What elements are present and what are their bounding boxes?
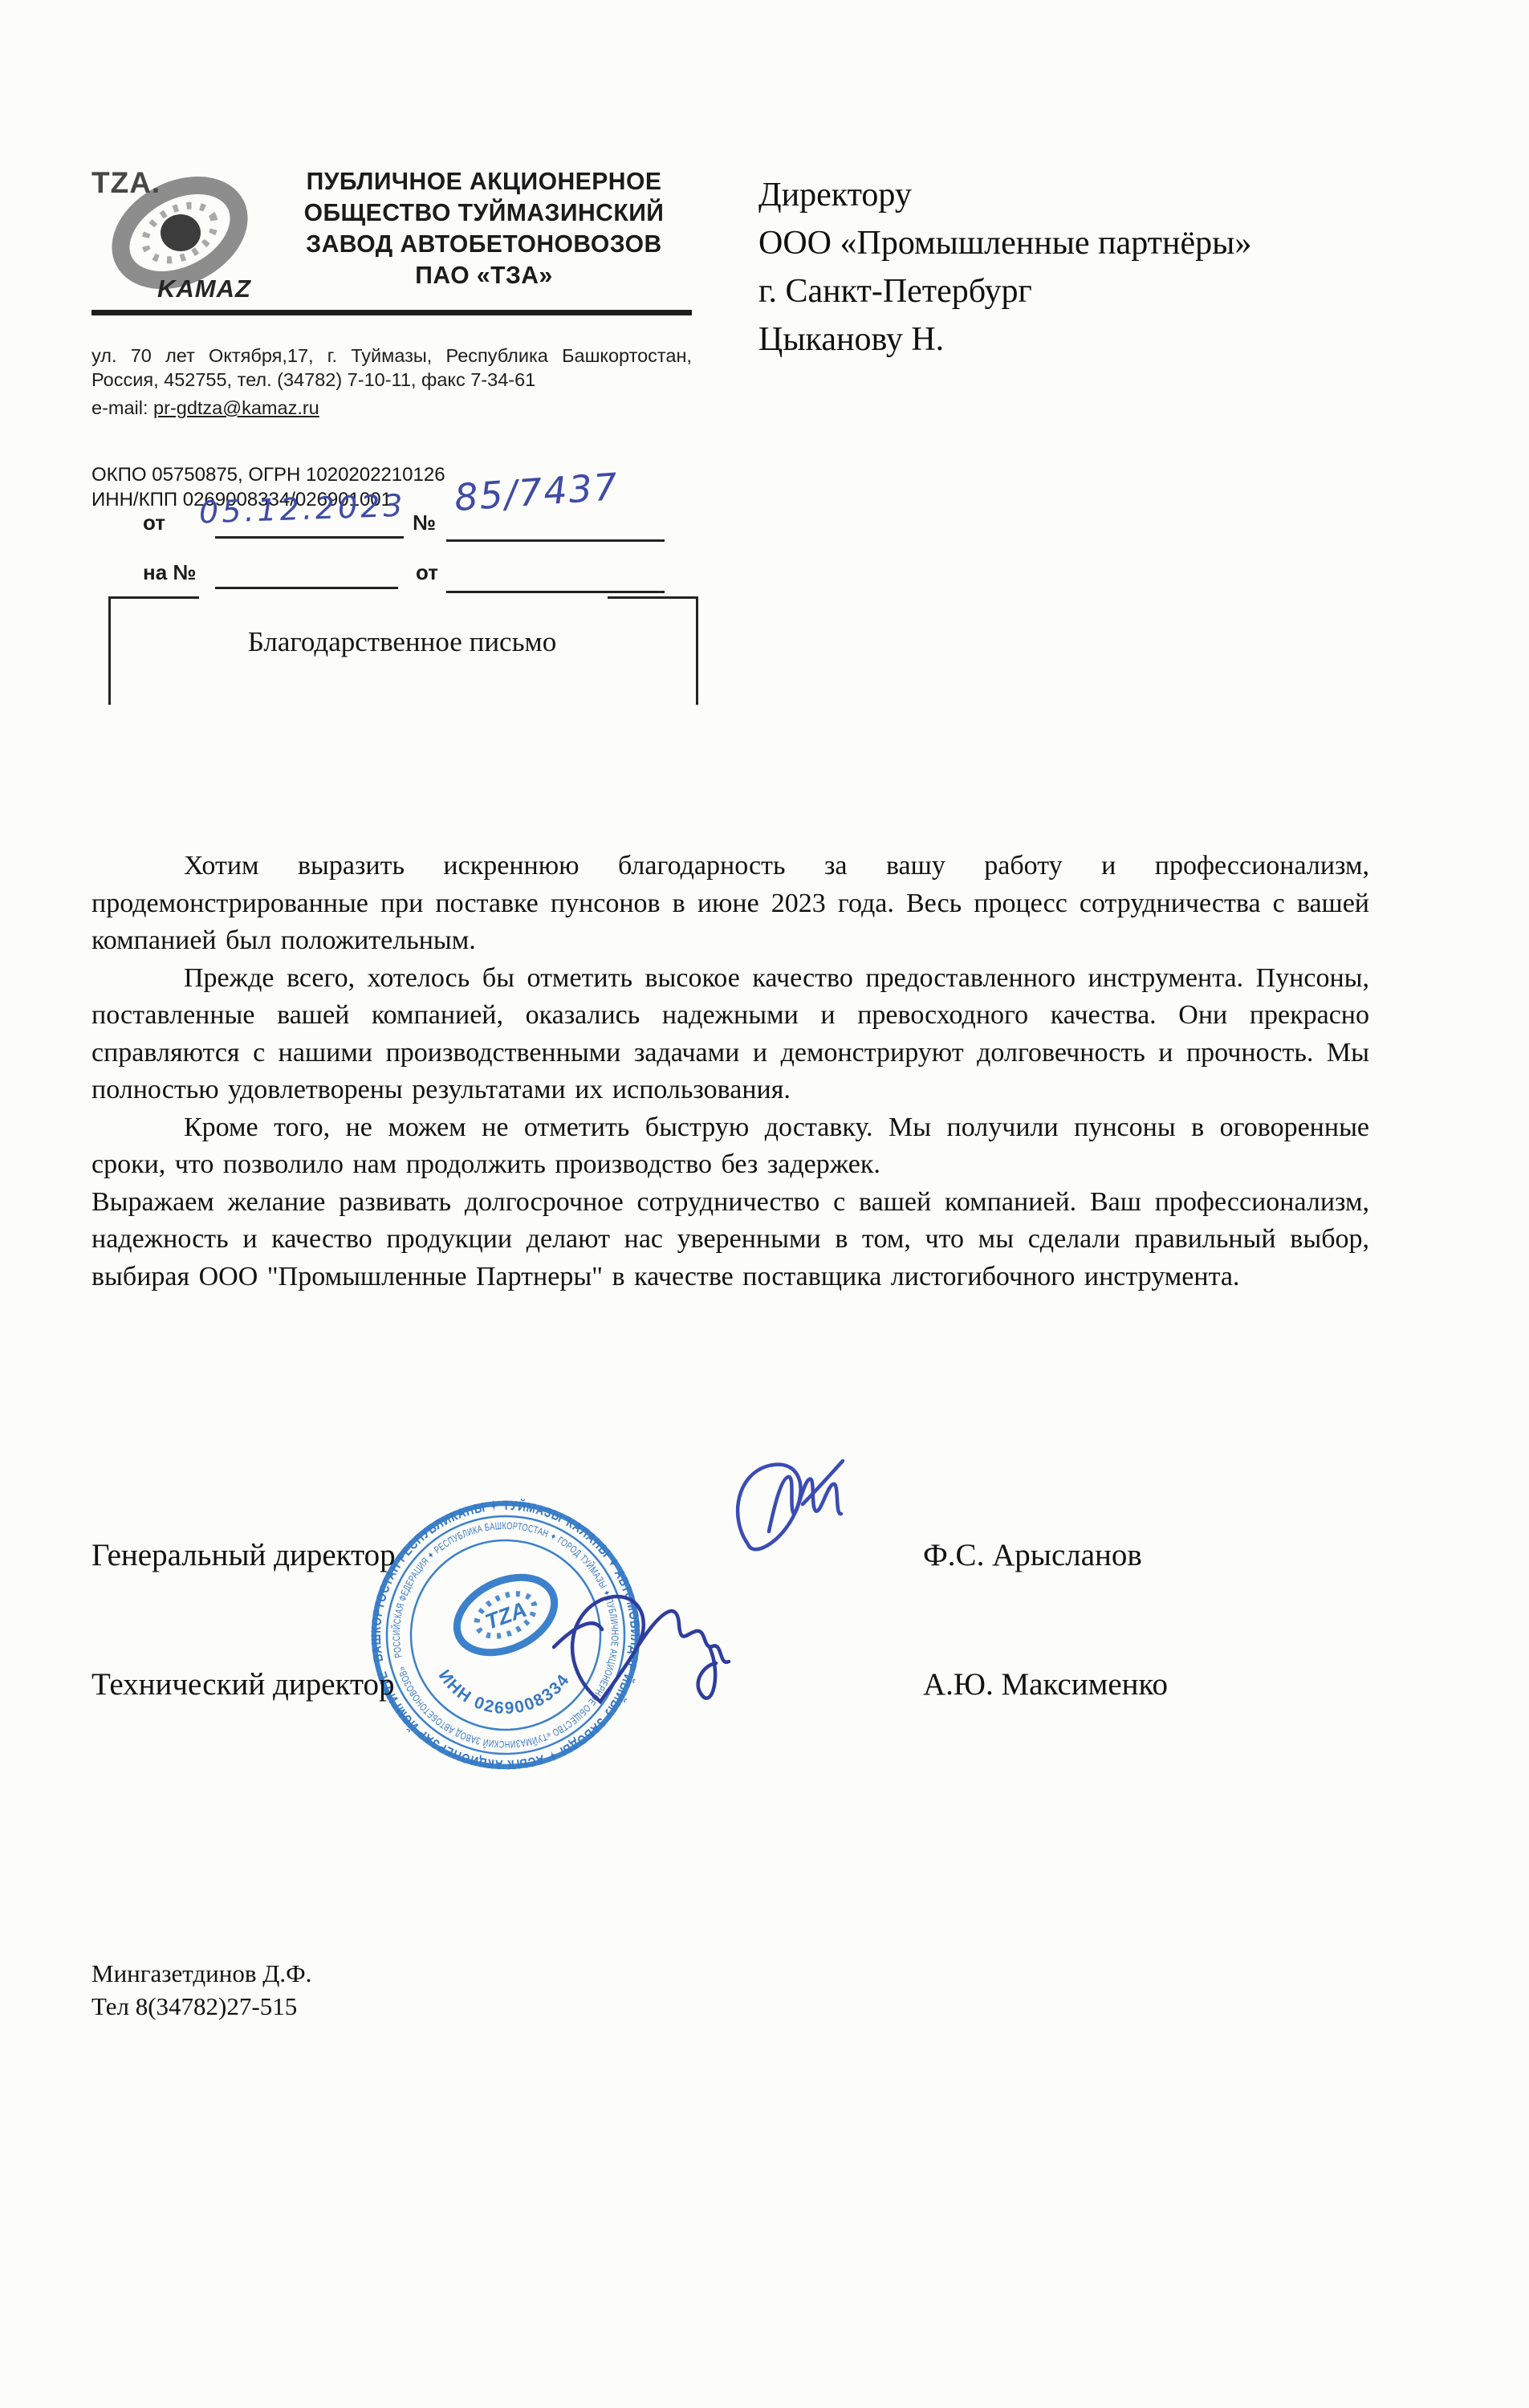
recipient-line: Цыканову Н. [758,315,1385,364]
executor-contact-block: Мингазетдинов Д.Ф. Тел 8(34782)27-515 [91,1957,311,2023]
signature-name-1: Ф.С. Арысланов [923,1537,1142,1573]
executor-phone: Тел 8(34782)27-515 [91,1990,311,2023]
ot-label: от [143,510,165,535]
signature-technical-director-icon [552,1567,789,1755]
signature-position-2: Технический директор [91,1666,395,1702]
incoming-date-underline [446,591,665,593]
email-address: pr-gdtza@kamaz.ru [153,397,319,418]
company-name: ПУБЛИЧНОЕ АКЦИОНЕРНОЕ ОБЩЕСТВО ТУЙМАЗИНС… [278,165,690,291]
email-label: e-mail: [91,397,153,418]
company-logo: TZA. KAMAZ [90,159,268,303]
incoming-number-underline [215,587,398,589]
letter-body: Хотим выразить искреннюю благодарность з… [91,848,1369,1296]
scanned-letter-page: TZA. KAMAZ ПУБЛИЧНОЕ АКЦИОНЕРНОЕ ОБЩЕСТВ… [0,0,1529,2408]
company-address: ул. 70 лет Октября,17, г. Туймазы, Респу… [91,344,692,420]
number-sign-label: № [413,510,436,535]
signature-name-2: А.Ю. Максименко [923,1666,1168,1702]
recipient-line: г. Санкт-Петербург [758,267,1385,315]
company-name-line: ПАО «ТЗА» [278,259,690,291]
body-paragraph: Кроме того, не можем не отметить быструю… [91,1109,1369,1184]
tza-kamaz-logo-icon: TZA. KAMAZ [90,159,268,303]
recipient-line: Директору [758,171,1385,219]
company-name-line: ОБЩЕСТВО ТУЙМАЗИНСКИЙ [278,197,690,228]
handwritten-date: 05.12.2023 [198,488,406,531]
letterhead-divider [91,310,692,315]
address-text: ул. 70 лет Октября,17, г. Туймазы, Респу… [91,345,692,390]
body-paragraph: Прежде всего, хотелось бы отметить высок… [91,960,1369,1109]
date-underline [215,536,404,539]
company-name-line: ПУБЛИЧНОЕ АКЦИОНЕРНОЕ [278,165,690,197]
body-paragraph: Хотим выразить искреннюю благодарность з… [91,848,1369,960]
body-paragraph: Выражаем желание развивать долгосрочное … [91,1184,1369,1296]
signature-position-1: Генеральный директор [91,1537,396,1573]
signature-general-director-icon [722,1454,895,1579]
document-title: Благодарственное письмо [108,626,696,658]
recipient-block: Директору ООО «Промышленные партнёры» г.… [758,171,1385,364]
logo-kamaz-text: KAMAZ [157,275,251,303]
company-name-line: ЗАВОД АВТОБЕТОНОВОЗОВ [278,228,690,259]
email-row: e-mail: pr-gdtza@kamaz.ru [91,396,692,420]
okpo-ogrn-line: ОКПО 05750875, ОГРН 1020202210126 [91,462,445,487]
ot2-label: от [416,560,438,585]
executor-name: Мингазетдинов Д.Ф. [91,1957,311,1990]
na-number-label: на № [143,560,196,585]
handwritten-number: 85/7437 [453,465,620,519]
number-underline [446,539,665,542]
logo-tza-text: TZA. [91,166,161,199]
recipient-line: ООО «Промышленные партнёры» [758,219,1385,267]
